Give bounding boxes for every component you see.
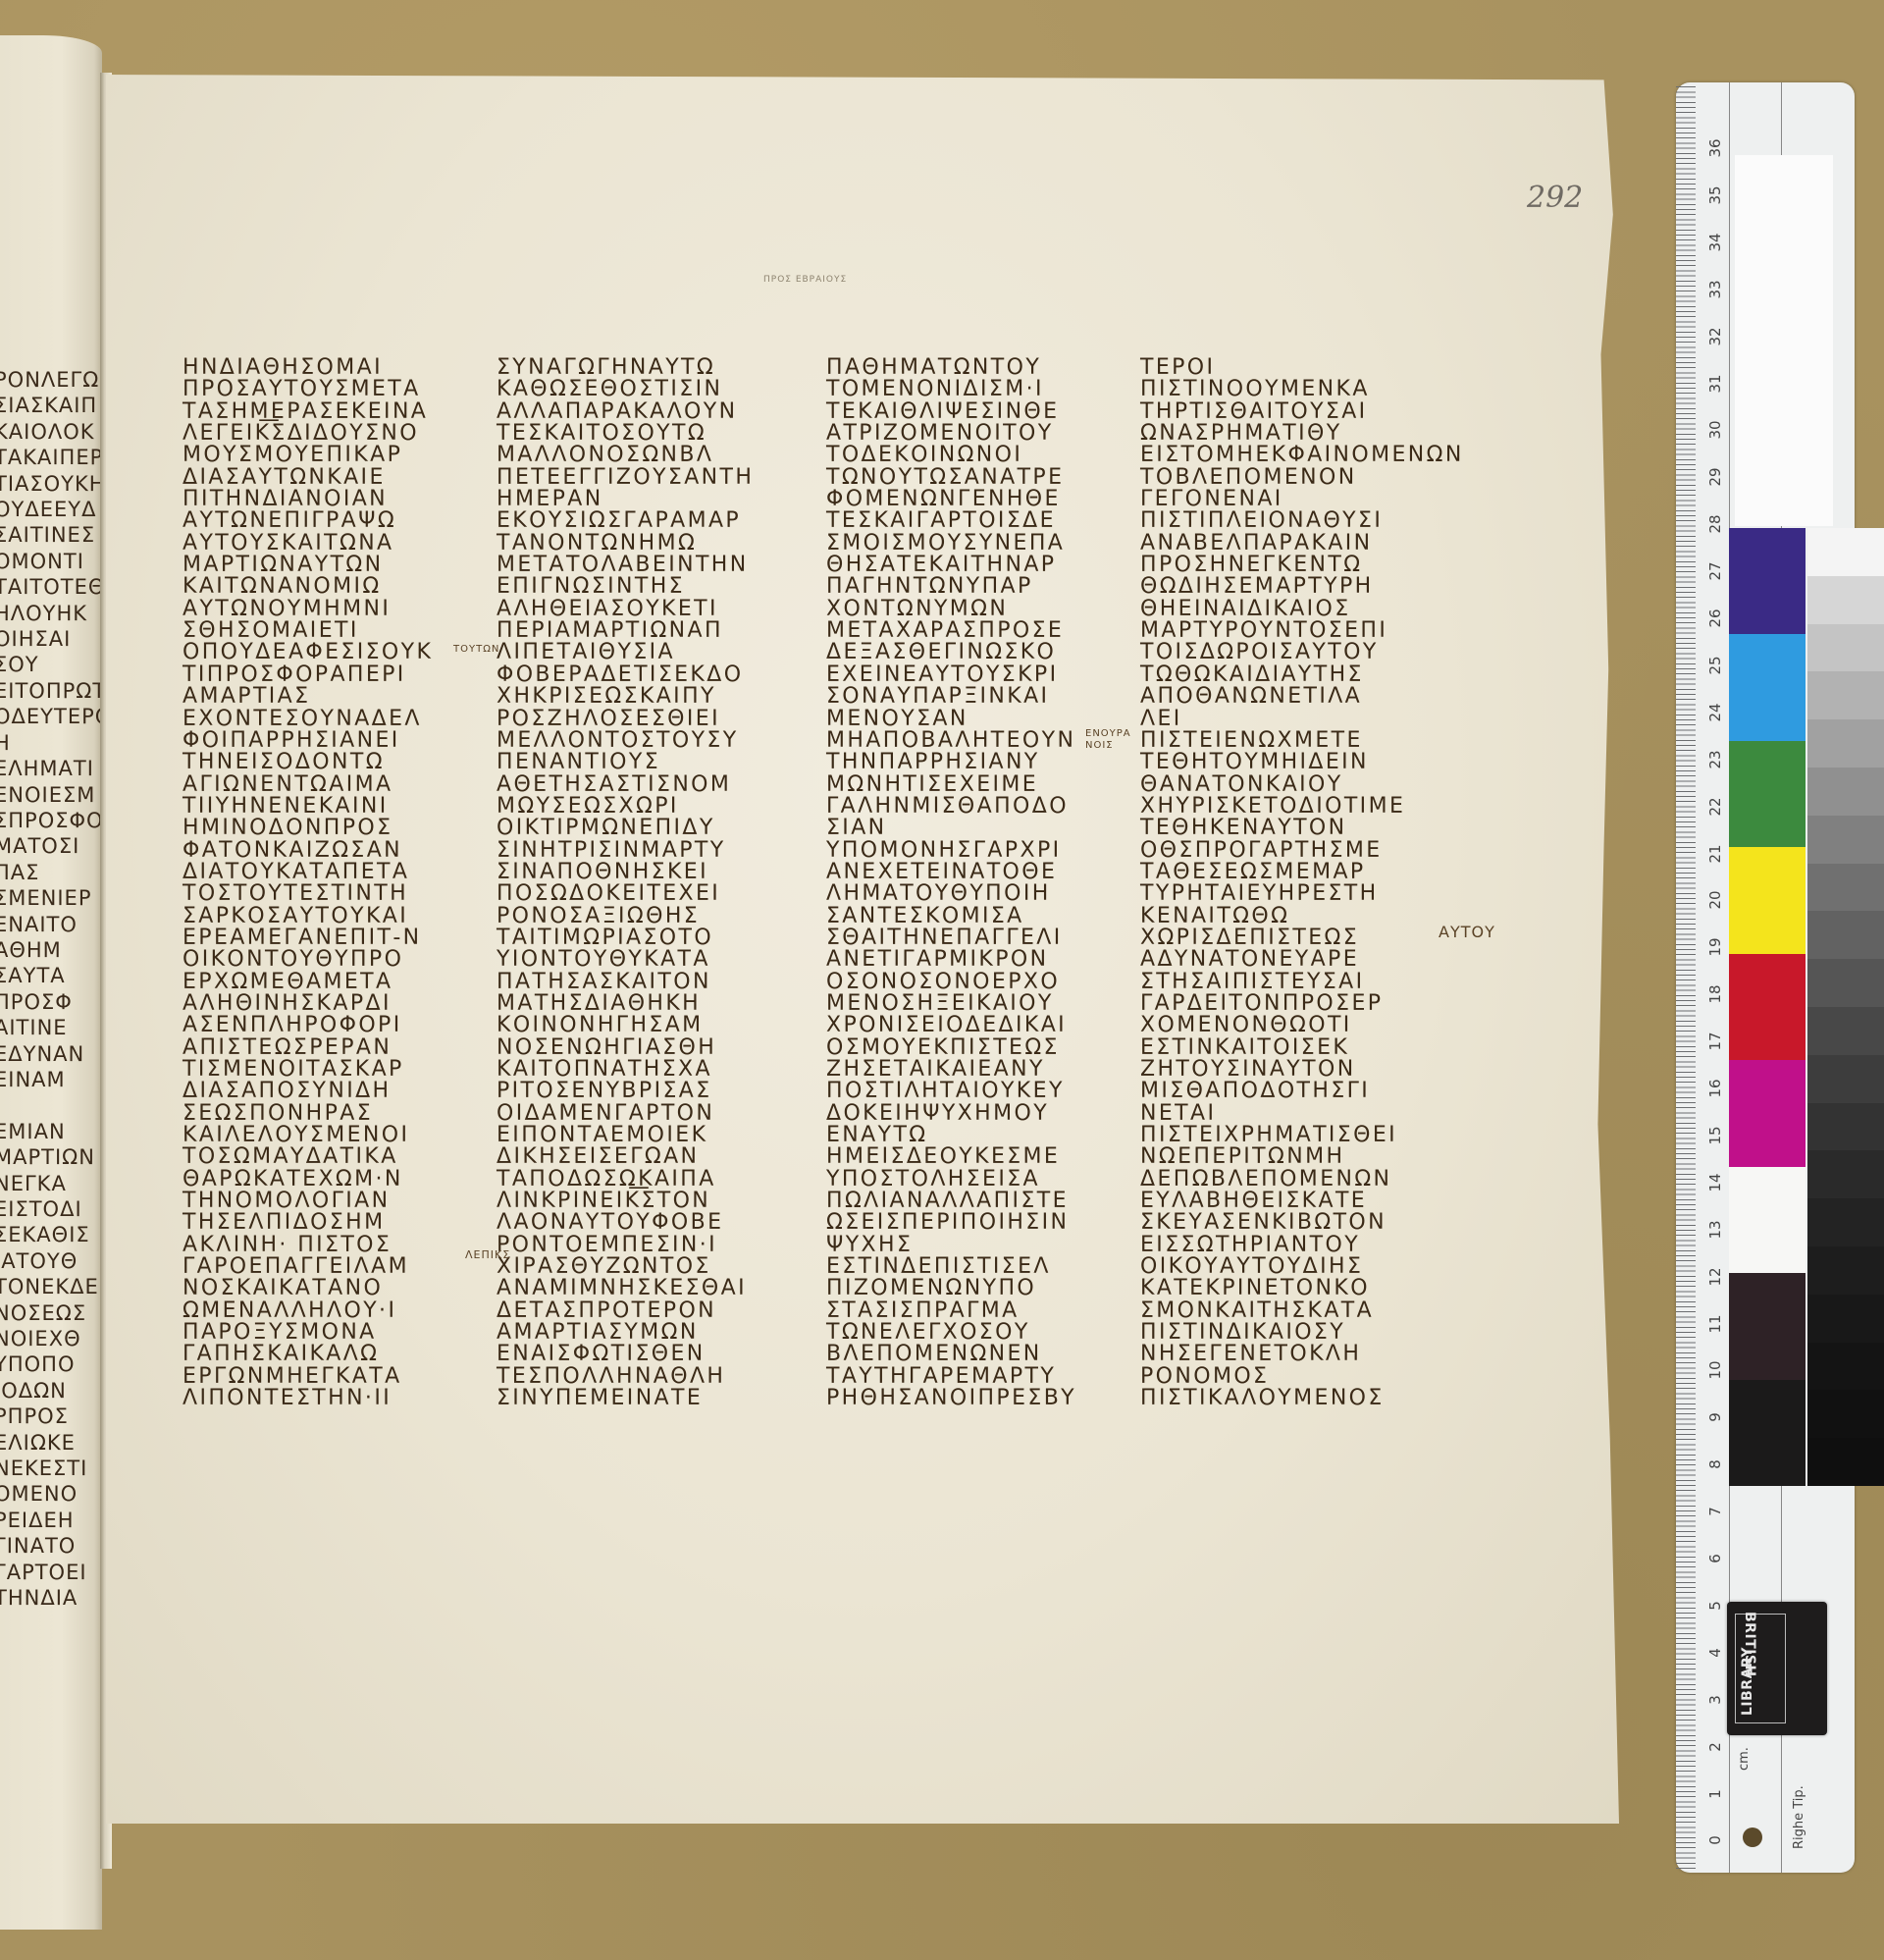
text-line: ΦΟΒΕΡΑΔΕΤΙΣΕΚΔΟ [497, 664, 754, 686]
left-page-line: ΚΑΙΟΛΟΚ [0, 419, 102, 445]
left-page-line: ΡΠΡΟΣ [0, 1404, 102, 1429]
text-line: ΣΟΝΑΥΠΑΡΞΙΝΚΑΙ [826, 686, 1076, 708]
ruler-tick-label: 20 [1706, 886, 1724, 914]
text-line: ΤΕΘΗΤΟΥΜΗΙΔΕΙΝ [1140, 752, 1464, 773]
left-page-line: ΠΡΟΣΦ [0, 989, 102, 1015]
text-line: ΠΙΣΤΕΙΧΡΗΜΑΤΙΣΘΕΙ [1140, 1125, 1464, 1146]
text-line: ΤΑΣΗΜΕΡΑΣΕΚΕΙΝΑ [183, 401, 433, 423]
text-line: ΠΙΣΤΙΝΔΙΚΑΙΟΣΥ [1140, 1322, 1464, 1344]
ruler-tick-label: 4 [1706, 1639, 1724, 1667]
text-line: ΦΑΤΟΝΚΑΙΖΩΣΑΝ [183, 840, 433, 862]
left-page-line: ΤΑΚΑΙΠΕΡΙ [0, 445, 102, 470]
text-line: ΓΑΛΗΝΜΙΣΘΑΠΟΔΟ [826, 796, 1076, 818]
left-page-line [0, 1092, 102, 1118]
ruler-tick-label: 30 [1706, 416, 1724, 444]
left-page-line: ΣΕΚΑΘΙΣ [0, 1222, 102, 1247]
text-line: ΔΙΑΣΑΠΟΣΥΝΙΔΗ [183, 1081, 433, 1102]
text-line: ΝΕΤΑΙ [1140, 1103, 1464, 1125]
ruler-tick-label: 13 [1706, 1216, 1724, 1244]
left-page-line: ΕΝΑΙΤΟ [0, 912, 102, 937]
greyscale-step [1807, 1343, 1884, 1391]
white-reference-card [1735, 155, 1833, 526]
text-line: ΤΙΠΡΟΣΦΟΡΑΠΕΡΙ [183, 664, 433, 686]
ruler-tick-label: 25 [1706, 652, 1724, 679]
text-line: ΛΗΜΑΤΟΥΘΥΠΟΙΗ [826, 883, 1076, 905]
left-page-line: ΝΟΙΕΧΘ [0, 1326, 102, 1351]
left-page-line: ΟΙΗΣΑΙ [0, 626, 102, 652]
left-page-line: ΥΠΟΠΟ [0, 1351, 102, 1377]
text-line: ΩΜΕΝΑΛΛΗΛΟΥ·Ι [183, 1300, 433, 1322]
ruler-tick-label: 31 [1706, 370, 1724, 397]
text-line: ΔΙΑΤΟΥΚΑΤΑΠΕΤΑ [183, 862, 433, 883]
left-facing-page: ΡΟΝΛΕΓΩΝΣΙΑΣΚΑΙΠΚΑΙΟΛΟΚΤΑΚΑΙΠΕΡΙΤΙΑΣΟΥΚΗ… [0, 35, 102, 1930]
text-line: ΜΑΤΗΣΔΙΑΘΗΚΗ [497, 993, 754, 1015]
ruler-tick-label: 8 [1706, 1451, 1724, 1478]
text-line: ΚΑΙΛΕΛΟΥΣΜΕΝΟΙ [183, 1125, 433, 1146]
swatch-green [1729, 741, 1805, 847]
text-line: ΟΣΜΟΥΕΚΠΙΣΤΕΩΣ [826, 1037, 1076, 1059]
ruler-tick-label: 12 [1706, 1263, 1724, 1291]
text-line: ΔΕΞΑΣΘΕΓΙΝΩΣΚΟ [826, 642, 1076, 663]
greyscale-step [1807, 1246, 1884, 1295]
swatch-black [1729, 1380, 1805, 1486]
text-line: ΕΣΤΙΝΚΑΙΤΟΙΣΕΚ [1140, 1037, 1464, 1059]
left-page-line: ΑΙΤΙΝΕ [0, 1015, 102, 1040]
text-line: ΠΟΣΤΙΛΗΤΑΙΟΥΚΕΥ [826, 1081, 1076, 1102]
text-line: ΕΧΕΙΝΕΑΥΤΟΥΣΚΡΙ [826, 664, 1076, 686]
text-line: ΝΩΕΠΕΡΙΤΩΝΜΗ [1140, 1146, 1464, 1168]
text-line: ΔΙΚΗΣΕΙΣΕΓΩΑΝ [497, 1146, 754, 1168]
greyscale-step [1807, 576, 1884, 624]
left-page-line: ΣΑΙΤΙΝΕΣ [0, 522, 102, 548]
text-line: ΓΕΓΟΝΕΝΑΙ [1140, 489, 1464, 510]
ruler-tick-label: 22 [1706, 793, 1724, 821]
text-line: ΛΕΙ [1140, 709, 1464, 730]
text-line: ΣΜΟΝΚΑΙΤΗΣΚΑΤΑ [1140, 1300, 1464, 1322]
left-page-text: ΡΟΝΛΕΓΩΝΣΙΑΣΚΑΙΠΚΑΙΟΛΟΚΤΑΚΑΙΠΕΡΙΤΙΑΣΟΥΚΗ… [0, 367, 102, 1612]
text-line: ΛΙΝΚΡΙΝΕΙΚ͞ΣΤΟΝ [497, 1191, 754, 1212]
ruler-tick-label: 29 [1706, 463, 1724, 491]
ruler-tick-label: 1 [1706, 1780, 1724, 1808]
text-line: ΤΑΥΤΗΓΑΡΕΜΑΡΤΥ [826, 1366, 1076, 1388]
left-page-line: ΕΜΙΑΝ [0, 1119, 102, 1144]
left-page-line: ΣΠΡΟΣΦΟ [0, 808, 102, 833]
text-line: ΤΕΡΟΙ [1140, 357, 1464, 379]
text-column-1: ΗΝΔΙΑΘΗΣΟΜΑΙΠΡΟΣΑΥΤΟΥΣΜΕΤΑΤΑΣΗΜΕΡΑΣΕΚΕΙΝ… [183, 357, 433, 1410]
text-line: ΑΜΑΡΤΙΑΣ [183, 686, 433, 708]
text-line: ΣΑΡΚΟΣΑΥΤΟΥΚΑΙ [183, 906, 433, 927]
left-page-line: ΠΑΣ [0, 860, 102, 885]
text-line: ΜΕΛΛΟΝΤΟΣΤΟΥΣΥ [497, 730, 754, 752]
text-line: ΠΙΣΤΙΠΛΕΙΟΝΑΘΥΣΙ [1140, 510, 1464, 532]
ruler-tick-label: 36 [1706, 134, 1724, 162]
left-page-line: ΜΑΤΟΣΙ [0, 833, 102, 859]
text-line: ΟΙΚΤΙΡΜΩΝΕΠΙΔΥ [497, 818, 754, 839]
left-page-line: ΣΜΕΝΙΕΡ [0, 885, 102, 911]
text-line: ΗΜΙΝΟΔΟΝΠΡΟΣ [183, 818, 433, 839]
swatch-white [1729, 1167, 1805, 1273]
left-page-line: ΤΑΙΤΟΤΕΘ [0, 574, 102, 600]
greyscale-step [1807, 1295, 1884, 1343]
british-library-label: LIBRARY BRITISH [1727, 1602, 1827, 1735]
text-line: ΤΟΜΕΝΟΝΙΔΙΣΜ·Ι [826, 379, 1076, 400]
left-page-line: ΓΑΡΤΟΕΙ [0, 1560, 102, 1585]
text-line: ΜΑΡΤΙΩΝΑΥΤΩΝ [183, 555, 433, 576]
ruler-tick-label: 26 [1706, 605, 1724, 632]
text-line: ΚΑΙΤΩΝΑΝΟΜΙΩ [183, 576, 433, 598]
text-line: ΜΗΑΠΟΒΑΛΗΤΕΟΥΝ [826, 730, 1076, 752]
left-page-line: ΙΟΔΩΝ [0, 1378, 102, 1404]
greyscale-step [1807, 911, 1884, 959]
ruler-tick-label: 24 [1706, 699, 1724, 726]
text-line: ΠΑΤΗΣΑΣΚΑΙΤΟΝ [497, 972, 754, 993]
greyscale-step [1807, 959, 1884, 1007]
text-line: ΣΜΟΙΣΜΟΥΣΥΝΕΠΑ [826, 533, 1076, 555]
left-page-line: ΣΑΥΤΑ [0, 963, 102, 988]
ruler-tick-label: 15 [1706, 1122, 1724, 1149]
text-line: ΤΟΣΩΜΑΥΔΑΤΙΚΑ [183, 1146, 433, 1168]
text-line: ΤΗΝΟΜΟΛΟΓΙΑΝ [183, 1191, 433, 1212]
text-line: ΑΥΤΟΥΣΚΑΙΤΩΝΑ [183, 533, 433, 555]
text-line: ΤΑΝΟΝΤΩΝΗΜΩ [497, 533, 754, 555]
left-page-line: ΕΛΙΩΚΕ [0, 1430, 102, 1456]
text-line: ΛΙΠΟΝΤΕΣΤΗΝ·ΙΙ [183, 1388, 433, 1409]
greyscale-step [1807, 719, 1884, 768]
text-line: ΠΑΘΗΜΑΤΩΝΤΟΥ [826, 357, 1076, 379]
text-line: ΒΛΕΠΟΜΕΝΩΝΕΝ [826, 1344, 1076, 1365]
text-line: ΚΑΘΩΣΕΘΟΣΤΙΣΙΝ [497, 379, 754, 400]
left-page-line: ΕΙΝΑΜ [0, 1067, 102, 1092]
text-line: ΖΗΣΕΤΑΙΚΑΙΕΑΝΥ [826, 1059, 1076, 1081]
text-line: ΣΚΕΥΑΣΕΝΚΙΒΩΤΟΝ [1140, 1212, 1464, 1234]
text-line: ΟΠΟΥΔΕΑΦΕΣΙΣΟΥΚ [183, 642, 433, 663]
ruler-tick-label: 11 [1706, 1310, 1724, 1338]
text-line: ΠΟΣΩΔΟΚΕΙΤΕΧΕΙ [497, 883, 754, 905]
text-line: ΜΑΡΤΥΡΟΥΝΤΟΣΕΠΙ [1140, 620, 1464, 642]
text-line: ΜΑΛΛΟΝΟΣΩΝΒΛ [497, 445, 754, 466]
text-line: ΚΕΝΑΙΤΩΘΩ [1140, 906, 1464, 927]
text-line: ΜΕΝΟΣΗΞΕΙΚΑΙΟΥ [826, 993, 1076, 1015]
text-line: ΜΩΝΗΤΙΣΕΧΕΙΜΕ [826, 774, 1076, 796]
left-page-line: ΕΝΟΙΕΣΜ [0, 782, 102, 808]
left-page-line: ΤΗΝΔΙΑ [0, 1585, 102, 1611]
text-line: ΑΥΤΩΝΕΠΙΓΡΑΨΩ [183, 510, 433, 532]
text-line: ΛΕΓΕΙΚ͞ΣΔΙΔΟΥΣΝΟ [183, 423, 433, 445]
text-line: ΤΙΣΜΕΝΟΙΤΑΣΚΑΡ [183, 1059, 433, 1081]
text-line: ΣΥΝΑΓΩΓΗΝΑΥΤΩ [497, 357, 754, 379]
text-line: ΩΝΑΣΡΗΜΑΤΙΘΥ [1140, 423, 1464, 445]
text-line: ΣΙΑΝ [826, 818, 1076, 839]
swatch-dark-brown [1729, 1273, 1805, 1379]
text-line: ΡΟΣΖΗΛΟΣΕΣΘΙΕΙ [497, 709, 754, 730]
text-line: ΣΕΩΣΠΟΝΗΡΑΣ [183, 1103, 433, 1125]
text-line: ΟΣΟΝΟΣΟΝΟΕΡΧΟ [826, 972, 1076, 993]
text-line: ΤΕΣΚΑΙΓΑΡΤΟΙΣΔΕ [826, 510, 1076, 532]
text-line: ΥΠΟΣΤΟΛΗΣΕΙΣΑ [826, 1169, 1076, 1191]
text-line: ΣΘΑΙΤΗΝΕΠΑΓΓΕΛΙ [826, 927, 1076, 949]
text-line: ΧΡΟΝΙΣΕΙΟΔΕΔΙΚΑΙ [826, 1015, 1076, 1036]
left-page-line: ΙΑΤΟΥΘ [0, 1248, 102, 1274]
left-page-line: ΝΟΣΕΩΣ [0, 1300, 102, 1326]
text-line: ΤΟΔΕΚΟΙΝΩΝΟΙ [826, 445, 1076, 466]
ruler-tick-label: 18 [1706, 980, 1724, 1008]
ruler-tick-label: 0 [1706, 1827, 1724, 1854]
greyscale-step [1807, 624, 1884, 672]
greyscale-step [1807, 1007, 1884, 1055]
label-text-british: BRITISH [1741, 1612, 1758, 1677]
text-line: ΑΝΑΒΕΛΠΑΡΑΚΑΙΝ [1140, 533, 1464, 555]
text-line: ΟΙΔΑΜΕΝΓΑΡΤΟΝ [497, 1103, 754, 1125]
text-line: ΕΙΣΤΟΜΗΕΚΦΑΙΝΟΜΕΝΩΝ [1140, 445, 1464, 466]
ruler-tick-label: 3 [1706, 1686, 1724, 1714]
text-line: ΟΙΚΟΝΤΟΥΘΥΠΡΟ [183, 949, 433, 971]
text-line: ΤΥΡΗΤΑΙΕΥΗΡΕΣΤΗ [1140, 883, 1464, 905]
text-line: ΔΙΑΣΑΥΤΩΝΚΑΙΕ [183, 467, 433, 489]
text-line: ΓΑΠΗΣΚΑΙΚΑΛΩ [183, 1344, 433, 1365]
ruler-tick-label: 23 [1706, 746, 1724, 773]
text-line: ΗΜΕΙΣΔΕΟΥΚΕΣΜΕ [826, 1146, 1076, 1168]
swatch-magenta [1729, 1060, 1805, 1166]
text-line: ΠΙΣΤΕΙΕΝΩΧΜΕΤΕ [1140, 730, 1464, 752]
greyscale-step [1807, 864, 1884, 912]
ruler-tick-label: 34 [1706, 229, 1724, 256]
ruler-tick-label: 5 [1706, 1592, 1724, 1619]
left-page-line: ΕΔΥΝΑΝ [0, 1041, 102, 1067]
text-line: ΠΡΟΣΗΝΕΓΚΕΝΤΩ [1140, 555, 1464, 576]
text-line: ΕΝΑΙΣΦΩΤΙΣΘΕΝ [497, 1344, 754, 1365]
text-line: ΑΤΡΙΖΟΜΕΝΟΙΤΟΥ [826, 423, 1076, 445]
marginal-note: ΛΕΠΙΚΣ [465, 1248, 510, 1261]
text-line: ΕΠΙΓΝΩΣΙΝΤΗΣ [497, 576, 754, 598]
text-line: ΧΗΥΡΙΣΚΕΤΟΔΙΟΤΙΜΕ [1140, 796, 1464, 818]
left-page-line: ΗΛΟΥΗΚ [0, 601, 102, 626]
ruler-hole [1743, 1828, 1762, 1847]
text-line: ΕΙΠΟΝΤΑΕΜΟΙΕΚ [497, 1125, 754, 1146]
ruler-tick-label: 2 [1706, 1733, 1724, 1761]
ruler-tick-label: 33 [1706, 276, 1724, 303]
text-line: ΠΩΛΙΑΝΑΛΛΑΠΙΣΤΕ [826, 1191, 1076, 1212]
text-line: ΕΡΓΩΝΜΗΕΓΚΑΤΑ [183, 1366, 433, 1388]
text-line: ΤΑΠΟΔΩΣΩΚΑΙΠΑ [497, 1169, 754, 1191]
left-page-line: ΝΕΓΚΑ [0, 1171, 102, 1196]
text-line: ΣΙΝΑΠΟΘΝΗΣΚΕΙ [497, 862, 754, 883]
text-line: ΠΑΡΟΞΥΣΜΟΝΑ [183, 1322, 433, 1344]
greyscale-step [1807, 1438, 1884, 1486]
text-line: ΝΟΣΚΑΙΚΑΤΑΝΟ [183, 1278, 433, 1299]
text-line: ΤΕΘΗΚΕΝΑΥΤΟΝ [1140, 818, 1464, 839]
text-line: ΤΕΣΠΟΛΛΗΝΑΘΛΗ [497, 1366, 754, 1388]
ruler-unit-label: cm. [1737, 1747, 1752, 1771]
text-line: ΕΚΟΥΣΙΩΣΓΑΡΑΜΑΡ [497, 510, 754, 532]
text-line: ΠΕΡΙΑΜΑΡΤΙΩΝΑΠ [497, 620, 754, 642]
text-line: ΡΗΘΗΣΑΝΟΙΠΡΕΣΒΥ [826, 1388, 1076, 1409]
text-line: ΣΤΗΣΑΙΠΙΣΤΕΥΣΑΙ [1140, 972, 1464, 993]
text-line: ΑΠΙΣΤΕΩΣΡΕΡΑΝ [183, 1037, 433, 1059]
swatch-red [1729, 954, 1805, 1060]
text-line: ΣΤΑΣΙΣΠΡΑΓΜΑ [826, 1300, 1076, 1322]
greyscale-step [1807, 671, 1884, 719]
greyscale-step [1807, 768, 1884, 816]
left-page-line: ΝΕΚΕΣΤΙ [0, 1456, 102, 1481]
text-line: ΘΩΔΙΗΣΕΜΑΡΤΥΡΗ [1140, 576, 1464, 598]
text-line: ΧΟΜΕΝΟΝΘΩΟΤΙ [1140, 1015, 1464, 1036]
text-line: ΜΙΣΘΑΠΟΔΟΤΗΣΓΙ [1140, 1081, 1464, 1102]
text-line: ΑΛΗΘΕΙΑΣΟΥΚΕΤΙ [497, 599, 754, 620]
left-page-line: ΟΥΔΕΕΥΔ [0, 497, 102, 522]
text-line: ΑΝΕΤΙΓΑΡΜΙΚΡΟΝ [826, 949, 1076, 971]
text-line: ΠΙΤΗΝΔΙΑΝΟΙΑΝ [183, 489, 433, 510]
marginal-note: ΤΟΥΤΩΝ [453, 644, 499, 655]
left-page-line: ΑΘΗΜ [0, 937, 102, 963]
left-page-line: ΟΜΕΝΟ [0, 1481, 102, 1507]
text-line: ΧΗΚΡΙΣΕΩΣΚΑΙΠΥ [497, 686, 754, 708]
text-line: ΕΙΣΣΩΤΗΡΙΑΝΤΟΥ [1140, 1235, 1464, 1256]
text-line: ΚΑΤΕΚΡΙΝΕΤΟΝΚΟ [1140, 1278, 1464, 1299]
text-line: ΑΘΕΤΗΣΑΣΤΙΣΝΟΜ [497, 774, 754, 796]
text-line: ΤΩΘΩΚΑΙΔΙΑΥΤΗΣ [1140, 664, 1464, 686]
ruler-tick-label: 28 [1706, 510, 1724, 538]
text-line: ΑΛΛΑΠΑΡΑΚΑΛΟΥΝ [497, 401, 754, 423]
color-calibration-chart [1729, 528, 1884, 1486]
ruler-tick-label: 27 [1706, 557, 1724, 585]
text-line: ΗΝΔΙΑΘΗΣΟΜΑΙ [183, 357, 433, 379]
text-line: ΤΟΙΣΔΩΡΟΙΣΑΥΤΟΥ [1140, 642, 1464, 663]
text-line: ΤΗΡΤΙΣΘΑΙΤΟΥΣΑΙ [1140, 401, 1464, 423]
text-line: ΑΔΥΝΑΤΟΝΕΥΑΡΕ [1140, 949, 1464, 971]
text-line: ΑΣΕΝΠΛΗΡΟΦΟΡΙ [183, 1015, 433, 1036]
text-line: ΣΙΝΥΠΕΜΕΙΝΑΤΕ [497, 1388, 754, 1409]
text-line: ΟΘΣΠΡΟΓΑΡΤΗΣΜΕ [1140, 840, 1464, 862]
text-line: ΤΕΚΑΙΘΛΙΨΕΣΙΝΘΕ [826, 401, 1076, 423]
text-line: ΣΑΝΤΕΣΚΟΜΙΣΑ [826, 906, 1076, 927]
ruler-tick-label: 9 [1706, 1404, 1724, 1431]
greyscale-step [1807, 816, 1884, 864]
left-page-line: ΕΛΗΜΑΤΙ [0, 756, 102, 781]
text-line: ΕΡΕΑΜΕΓΑΝΕΠΙΤ-Ν [183, 927, 433, 949]
text-line: ΥΠΟΜΟΝΗΣΓΑΡΧΡΙ [826, 840, 1076, 862]
left-page-line: ΣΙΑΣΚΑΙΠ [0, 393, 102, 418]
text-line: ΔΕΠΩΒΛΕΠΟΜΕΝΩΝ [1140, 1169, 1464, 1191]
ruler-tick-label: 35 [1706, 182, 1724, 209]
text-line: ΖΗΤΟΥΣΙΝΑΥΤΟΝ [1140, 1059, 1464, 1081]
greyscale-step [1807, 1150, 1884, 1198]
text-line: ΕΡΧΩΜΕΘΑΜΕΤΑ [183, 972, 433, 993]
ruler-tick-label: 19 [1706, 933, 1724, 961]
text-line: ΚΑΙΤΟΠΝΑΤΗΣΧΑ [497, 1059, 754, 1081]
greyscale-step [1807, 1198, 1884, 1246]
text-line: ΡΟΝΟΣΑΞΙΩΘΗΣ [497, 906, 754, 927]
text-line: ΜΕΤΑΧΑΡΑΣΠΡΟΣΕ [826, 620, 1076, 642]
text-line: ΤΕΣΚΑΙΤΟΣΟΥΤΩ [497, 423, 754, 445]
text-line: ΥΙΟΝΤΟΥΘΥΚΑΤΑ [497, 949, 754, 971]
text-line: ΘΗΕΙΝΑΙΔΙΚΑΙΟΣ [1140, 599, 1464, 620]
left-page-line: ΣΟΥ [0, 652, 102, 677]
left-page-line: ΤΙΑΣΟΥΚΗ [0, 471, 102, 497]
text-line: ΔΟΚΕΙΗΨΥΧΗΜΟΥ [826, 1103, 1076, 1125]
text-line: ΣΘΗΣΟΜΑΙΕΤΙ [183, 620, 433, 642]
text-line: ΤΑΙΤΙΜΩΡΙΑΣΟΤΟ [497, 927, 754, 949]
text-line: ΡΟΝΤΟΕΜΠΕΣΙΝ·Ι [497, 1235, 754, 1256]
text-line: ΩΣΕΙΣΠΕΡΙΠΟΙΗΣΙΝ [826, 1212, 1076, 1234]
marginal-note: ΑΥΤΟΥ [1439, 923, 1495, 941]
text-line: ΠΑΓΗΝΤΩΝΥΠΑΡ [826, 576, 1076, 598]
swatch-cyan [1729, 634, 1805, 740]
text-line: ΛΑΟΝΑΥΤΟΥΦΟΒΕ [497, 1212, 754, 1234]
text-line: ΠΕΝΑΝΤΙΟΥΣ [497, 752, 754, 773]
text-line: ΑΝΕΧΕΤΕΙΝΑΤΟΘΕ [826, 862, 1076, 883]
text-line: ΠΙΣΤΙΝΟΟΥΜΕΝΚΑ [1140, 379, 1464, 400]
text-line: ΟΙΚΟΥΑΥΤΟΥΔΙΗΣ [1140, 1256, 1464, 1278]
marginal-note: ΕΝΟΥΡΑ ΝΟΙΣ [1085, 728, 1126, 752]
text-line: ΤΗΣΕΛΠΙΔΟΣΗΜ [183, 1212, 433, 1234]
text-line: ΕΥΛΑΒΗΘΕΙΣΚΑΤΕ [1140, 1191, 1464, 1212]
left-page-line: Η [0, 730, 102, 756]
text-line: ΠΡΟΣΑΥΤΟΥΣΜΕΤΑ [183, 379, 433, 400]
greyscale-step [1807, 528, 1884, 576]
text-line: ΔΕΤΑΣΠΡΟΤΕΡΟΝ [497, 1300, 754, 1322]
text-line: ΛΙΠΕΤΑΙΘΥΣΙΑ [497, 642, 754, 663]
text-line: ΤΙΙΥΗΝΕΝΕΚΑΙΝΙ [183, 796, 433, 818]
text-line: ΓΑΡΟΕΠΑΓΓΕΙΛΑΜ [183, 1256, 433, 1278]
ruler-tick-label: 17 [1706, 1028, 1724, 1055]
left-page-line: ΡΟΝΛΕΓΩΝ [0, 367, 102, 393]
left-page-line: ΓΙΝΑΤΟ [0, 1533, 102, 1559]
text-line: ΠΕΤΕΕΓΓΙΖΟΥΣΑΝΤΗ [497, 467, 754, 489]
text-line: ΗΜΕΡΑΝ [497, 489, 754, 510]
text-line: ΤΩΝΕΛΕΓΧΟΣΟΥ [826, 1322, 1076, 1344]
text-line: ΤΗΝΠΑΡΡΗΣΙΑΝΥ [826, 752, 1076, 773]
left-page-line: ΜΑΡΤΙΩΝ [0, 1144, 102, 1170]
text-line: ΧΙΡΑΣΘΥΖΩΝΤΟΣ [497, 1256, 754, 1278]
ruler-tick-label: 6 [1706, 1545, 1724, 1572]
text-line: ΤΗΝΕΙΣΟΔΟΝΤΩ [183, 752, 433, 773]
text-line: ΑΜΑΡΤΙΑΣΥΜΩΝ [497, 1322, 754, 1344]
text-line: ΝΗΣΕΓΕΝΕΤΟΚΛΗ [1140, 1344, 1464, 1365]
folio-number: 292 [1527, 181, 1583, 215]
text-line: ΑΠΟΘΑΝΩΝΕΤΙΛΑ [1140, 686, 1464, 708]
text-line: ΣΙΝΗΤΡΙΣΙΝΜΑΡΤΥ [497, 840, 754, 862]
text-line: ΜΕΤΑΤΟΛΑΒΕΙΝΤΗΝ [497, 555, 754, 576]
ruler-tick-label: 21 [1706, 840, 1724, 868]
text-line: ΑΓΙΩΝΕΝΤΩΑΙΜΑ [183, 774, 433, 796]
text-column-4: ΤΕΡΟΙΠΙΣΤΙΝΟΟΥΜΕΝΚΑΤΗΡΤΙΣΘΑΙΤΟΥΣΑΙΩΝΑΣΡΗ… [1140, 357, 1464, 1410]
text-line: ΑΝΑΜΙΜΝΗΣΚΕΣΘΑΙ [497, 1278, 754, 1299]
text-line: ΤΟΒΛΕΠΟΜΕΝΟΝ [1140, 467, 1464, 489]
text-line: ΘΗΣΑΤΕΚΑΙΤΗΝΑΡ [826, 555, 1076, 576]
text-column-3: ΠΑΘΗΜΑΤΩΝΤΟΥΤΟΜΕΝΟΝΙΔΙΣΜ·ΙΤΕΚΑΙΘΛΙΨΕΣΙΝΘ… [826, 357, 1076, 1410]
text-line: ΠΙΖΟΜΕΝΩΝΥΠΟ [826, 1278, 1076, 1299]
text-line: ΝΟΣΕΝΩΗΓΙΑΣΘΗ [497, 1037, 754, 1059]
text-line: ΤΑΘΕΣΕΩΣΜΕΜΑΡ [1140, 862, 1464, 883]
greyscale-step [1807, 1055, 1884, 1103]
text-line: ΨΥΧΗΣ [826, 1235, 1076, 1256]
text-line: ΜΩΥΣΕΩΣΧΩΡΙ [497, 796, 754, 818]
swatch-indigo [1729, 528, 1805, 634]
text-line: ΕΝΑΥΤΩ [826, 1125, 1076, 1146]
running-title: ΠΡΟΣ ΕΒΡΑΙΟΥΣ [763, 275, 847, 285]
text-column-2: ΣΥΝΑΓΩΓΗΝΑΥΤΩΚΑΘΩΣΕΘΟΣΤΙΣΙΝΑΛΛΑΠΑΡΑΚΑΛΟΥ… [497, 357, 754, 1410]
text-line: ΜΕΝΟΥΣΑΝ [826, 709, 1076, 730]
text-line: ΓΑΡΔΕΙΤΟΝΠΡΟΣΕΡ [1140, 993, 1464, 1015]
ruler-tick-label: 10 [1706, 1356, 1724, 1384]
text-line: ΡΟΝΟΜΟΣ [1140, 1366, 1464, 1388]
text-line: ΤΩΝΟΥΤΩΣΑΝΑΤΡΕ [826, 467, 1076, 489]
text-line: ΕΧΟΝΤΕΣΟΥΝΑΔΕΛ [183, 709, 433, 730]
text-line: ΦΟΙΠΑΡΡΗΣΙΑΝΕΙ [183, 730, 433, 752]
text-line: ΠΙΣΤΙΚΑΛΟΥΜΕΝΟΣ [1140, 1388, 1464, 1409]
text-line: ΘΑΝΑΤΟΝΚΑΙΟΥ [1140, 774, 1464, 796]
text-line: ΕΣΤΙΝΔΕΠΙΣΤΙΣΕΛ [826, 1256, 1076, 1278]
